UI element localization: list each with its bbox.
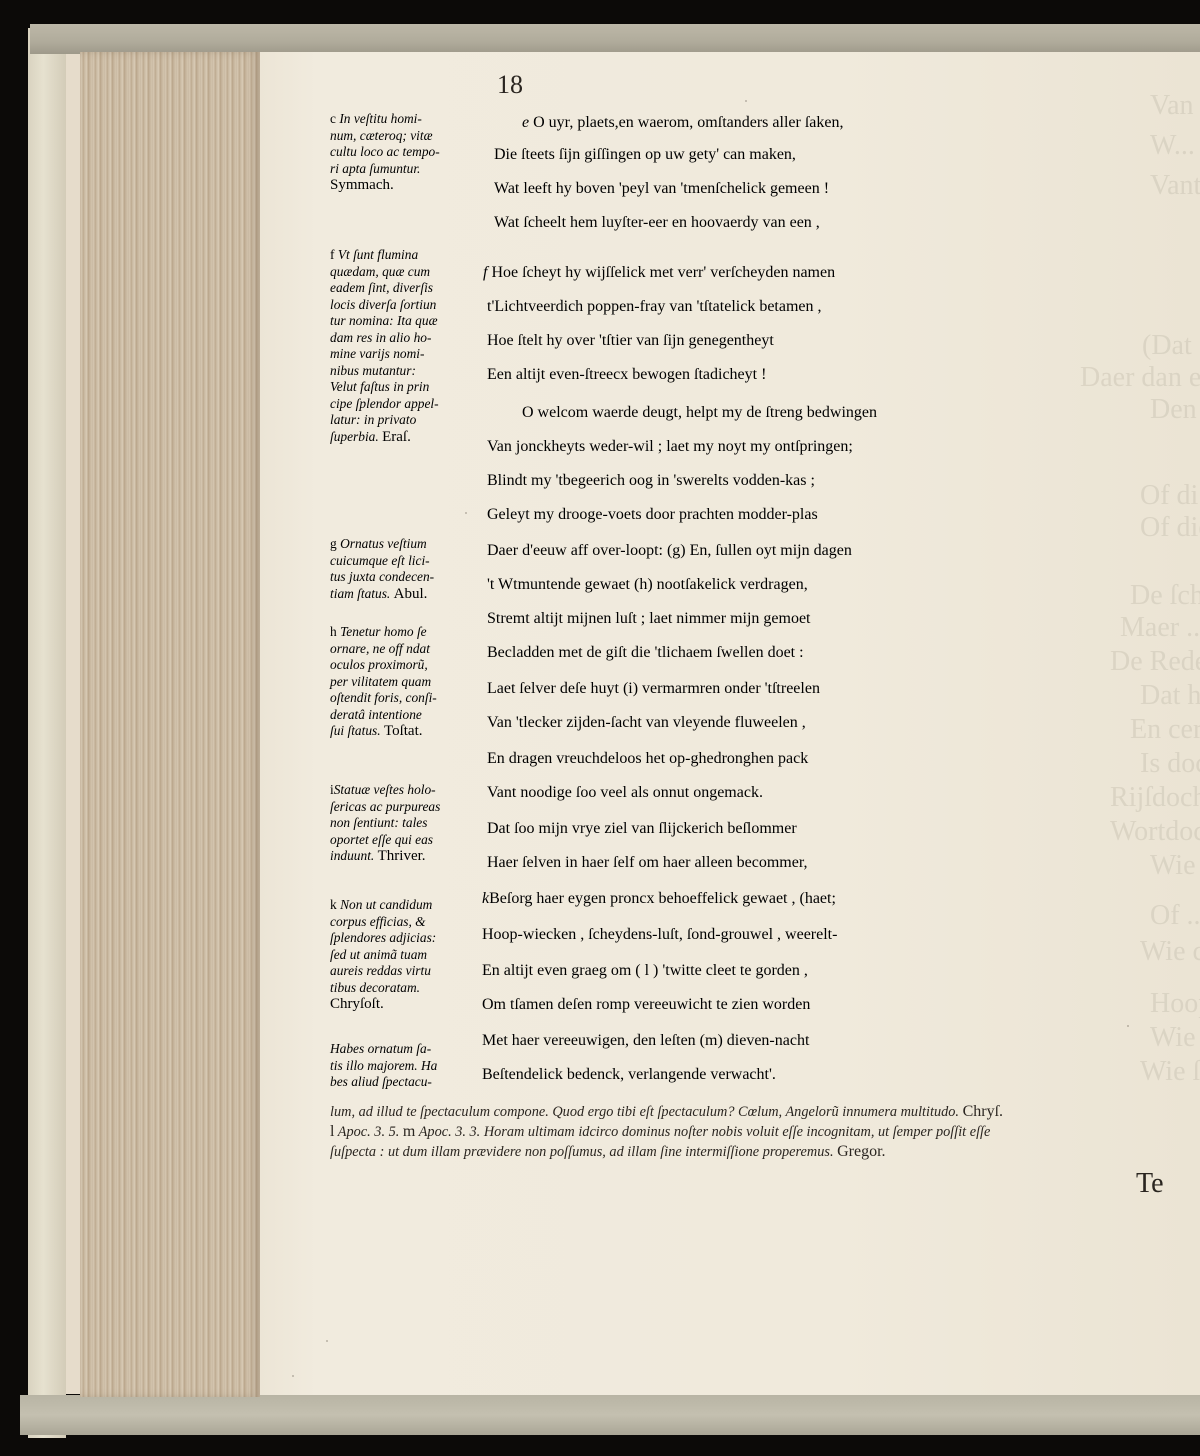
- margin-note-i: iStatuæ veſtes holo- ſericas ac purpurea…: [330, 782, 490, 865]
- footnote-line: lum, ad illud te ſpectaculum compone. Qu…: [330, 1102, 1200, 1122]
- verse-line: t'Lichtveerdich poppen-fray van 'tſtatel…: [487, 290, 822, 324]
- paper-speck: [465, 512, 467, 514]
- verse-line: Wat leeft hy boven 'peyl van 'tmenſcheli…: [494, 172, 829, 206]
- stacked-page-edges: [80, 52, 260, 1397]
- verse-line: Geleyt my drooge-voets door prachten mod…: [487, 498, 818, 532]
- footnotes: lum, ad illud te ſpectaculum compone. Qu…: [330, 1102, 1200, 1162]
- paper-speck: [292, 1375, 294, 1377]
- margin-note-c: c In veſtitu homi- num, cæteroq; vitæ cu…: [330, 111, 490, 194]
- margin-note-h: h Tenetur homo ſe ornare, ne off ndat oc…: [330, 624, 490, 740]
- verse-line: Beſtendelick bedenck, verlangende verwac…: [482, 1058, 776, 1092]
- verse-line: Met haer vereeuwigen, den leſten (m) die…: [482, 1024, 809, 1058]
- verse-line: Dat ſoo mijn vrye ziel van ſlijckerich b…: [487, 812, 797, 846]
- verse-line: Die ſteets ſijn giſſingen op uw gety' ca…: [494, 138, 796, 172]
- catchword: Te: [1136, 1168, 1164, 1200]
- verse-line: Om tſamen deſen romp vereeuwicht te zien…: [482, 988, 810, 1022]
- verse-line: Laet ſelver deſe huyt (i) vermarmren ond…: [487, 672, 820, 706]
- verse-line: Stremt altijt mijnen luſt ; laet nimmer …: [487, 602, 811, 636]
- verse-line: O welcom waerde deugt, helpt my de ſtren…: [522, 396, 877, 430]
- verse-line: e O uyr, plaets,en waerom, omſtanders al…: [522, 106, 843, 140]
- margin-note-f: f Vt ſunt flumina quædam, quæ cum eadem …: [330, 247, 490, 445]
- footnote-line: l Apoc. 3. 5. m Apoc. 3. 3. Horam ultima…: [330, 1122, 1200, 1142]
- verse-line: Van 'tlecker zijden-ſacht van vleyende f…: [487, 706, 806, 740]
- verse-line: Blindt my 'tbegeerich oog in 'swerelts v…: [487, 464, 815, 498]
- verse-line: Van jonckheyts weder-wil ; laet my noyt …: [487, 430, 853, 464]
- verse-line: Daer d'eeuw aff over-loopt: (g) En, ſull…: [487, 534, 852, 568]
- book-cover-top: [30, 24, 1200, 54]
- margin-note-k: k Non ut candidum corpus efficias, & ſpl…: [330, 897, 490, 1013]
- verse-line: En altijt even graeg om ( l ) 'twitte cl…: [482, 954, 808, 988]
- margin-note-g: g Ornatus veſtium cuicumque eſt lici- tu…: [330, 536, 490, 602]
- page-block-edge: [66, 54, 80, 1394]
- verse-line: Een altijt even-ſtreecx bewogen ſtadiche…: [487, 358, 766, 392]
- verse-line: Hoe ſtelt hy over 'tſtier van ſijn geneg…: [487, 324, 774, 358]
- page-number: 18: [497, 70, 523, 100]
- verse-line: 't Wtmuntende gewaet (h) nootſakelick ve…: [487, 568, 808, 602]
- verse-line: Hoop-wiecken , ſcheydens-luſt, ſond-grou…: [482, 918, 837, 952]
- paper-speck: [326, 1340, 328, 1342]
- book-cover-bottom: [20, 1395, 1200, 1435]
- verse-line: En dragen vreuchdeloos het op-ghedronghe…: [487, 742, 808, 776]
- margin-note-habes: Habes ornatum ſa- tis illo majorem. Ha b…: [330, 1041, 490, 1091]
- verse-line: f Hoe ſcheyt hy wijſſelick met verr' ver…: [483, 256, 835, 290]
- footnote-line: ſuſpecta : ut dum illam prævidere non po…: [330, 1142, 1200, 1162]
- verse-line: Becladden met de giſt die 'tlichaem ſwel…: [487, 636, 804, 670]
- verse-line: kBeſorg haer eygen proncx behoeffelick g…: [482, 882, 836, 916]
- verse-line: Wat ſcheelt hem luyſter-eer en hoovaerdy…: [494, 206, 820, 240]
- verse-line: Haer ſelven in haer ſelf om haer alleen …: [487, 846, 808, 880]
- book-cover-left: [28, 28, 66, 1438]
- verse-line: Vant noodige ſoo veel als onnut ongemack…: [487, 776, 763, 810]
- paper-speck: [745, 100, 747, 102]
- paper-speck: [1127, 1025, 1129, 1027]
